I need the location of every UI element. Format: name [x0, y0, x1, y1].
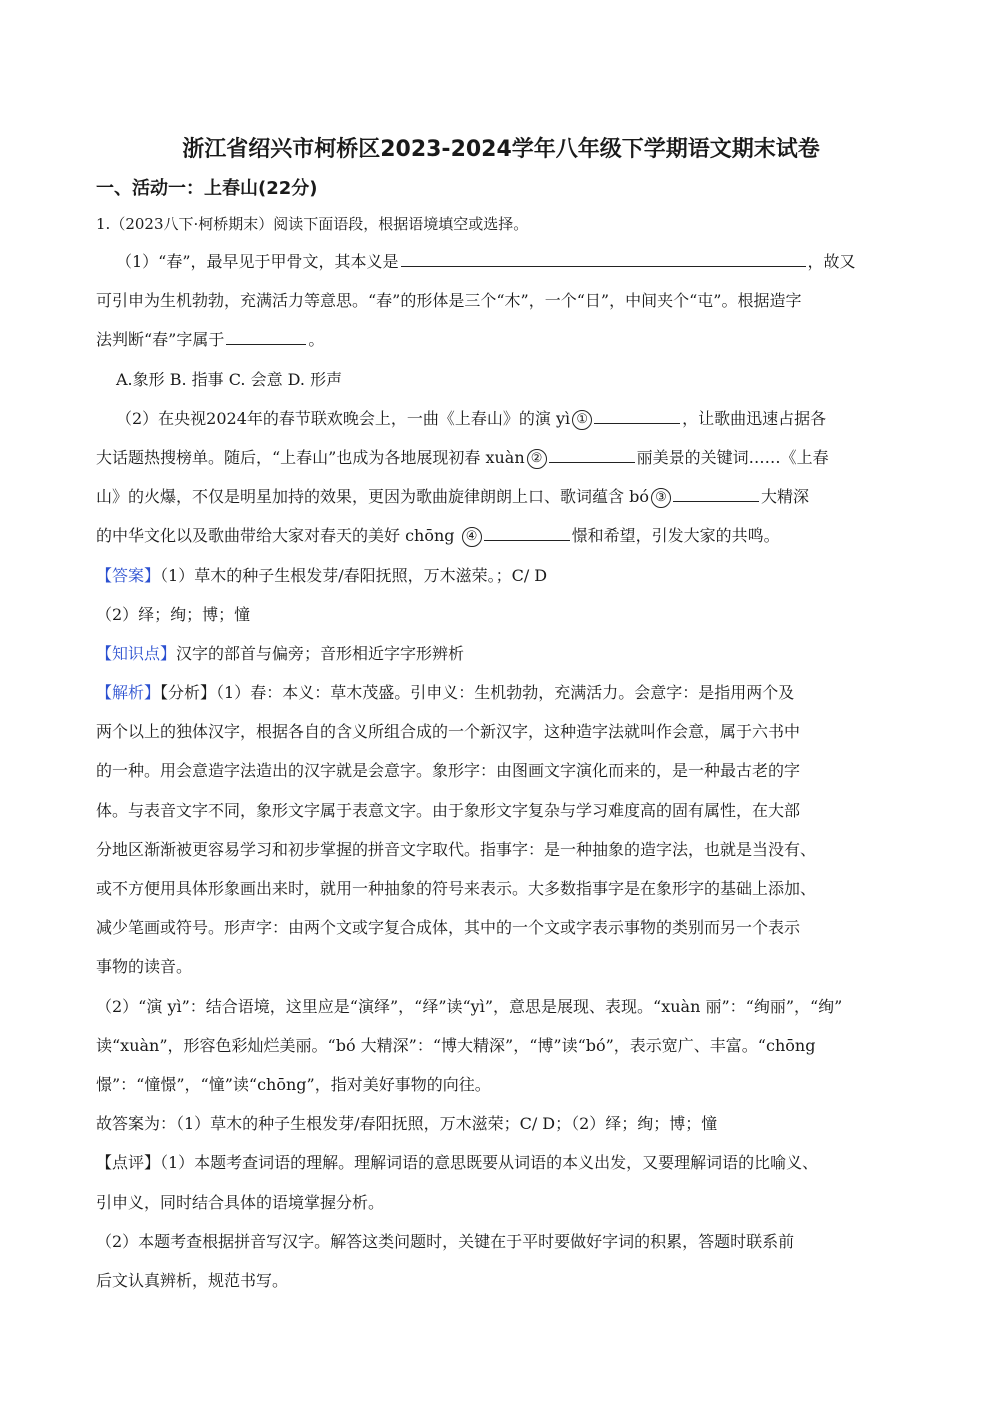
question-intro: 1.（2023八下·柯桥期末）阅读下面语段，根据语境填空或选择。	[96, 206, 906, 242]
part2-text: 大精深	[761, 487, 809, 506]
part2-line1: （2）在央视2024年的春节联欢晚会上，一曲《上春山》的演 yì①，让歌曲迅速占…	[96, 399, 906, 438]
part2-text: 憬和希望，引发大家的共鸣。	[572, 526, 780, 545]
knowledge-label: 【知识点】	[96, 644, 176, 663]
analysis-line: 的一种。用会意造字法造出的汉字就是会意字。象形字：由图画文字演化而来的，是一种最…	[96, 751, 906, 790]
analysis-line: 事物的读音。	[96, 947, 906, 986]
analysis-conclusion: 故答案为：（1）草木的种子生根发芽/春阳抚照，万木滋荣；C/ D；（2）绎；绚；…	[96, 1104, 906, 1143]
question-number: 1.	[96, 215, 110, 233]
part2-text: 的中华文化以及歌曲带给大家对春天的美好 chōng	[96, 526, 460, 545]
knowledge-line: 【知识点】汉字的部首与偏旁；音形相近字字形辨析	[96, 634, 906, 673]
comment-line: （2）本题考查根据拼音写汉字。解答这类问题时，关键在于平时要做好字词的积累，答题…	[96, 1222, 906, 1261]
circled-number-1: ①	[572, 410, 592, 430]
part2-line4: 的中华文化以及歌曲带给大家对春天的美好 chōng ④憬和希望，引发大家的共鸣。	[96, 516, 906, 555]
analysis-line: 减少笔画或符号。形声字：由两个文或字复合成体，其中的一个文或字表示事物的类别而另…	[96, 908, 906, 947]
analysis-line: 【解析】【分析】（1）春：本义：草木茂盛。引申义：生机勃勃，充满活力。会意字：是…	[96, 673, 906, 712]
part1-text: ，故又	[808, 252, 856, 271]
knowledge-text: 汉字的部首与偏旁；音形相近字字形辨析	[176, 644, 464, 663]
analysis-line: 憬”：“憧憬”，“憧”读“chōng”，指对美好事物的向往。	[96, 1065, 906, 1104]
analysis-line: 分地区渐渐被更容易学习和初步掌握的拼音文字取代。指事字：是一种抽象的造字法，也就…	[96, 830, 906, 869]
part2-text: 山》的火爆，不仅是明星加持的效果，更因为歌曲旋律朗朗上口、歌词蕴含 bó	[96, 487, 649, 506]
part2-line2: 大话题热搜榜单。随后，“上春山”也成为各地展现初春 xuàn②丽美景的关键词………	[96, 438, 906, 477]
part1-line3: 法判断“春”字属于。	[96, 320, 906, 359]
analysis-line: 两个以上的独体汉字，根据各自的含义所组合成的一个新汉字，这种造字法就叫作会意，属…	[96, 712, 906, 751]
analysis-line: （2）“演 yì”：结合语境，这里应是“演绎”，“绎”读“yì”，意思是展现、表…	[96, 987, 906, 1026]
answer-blank	[549, 461, 635, 463]
question-instruction: 阅读下面语段，根据语境填空或选择。	[273, 215, 528, 233]
answer-label: 【答案】	[96, 566, 160, 585]
analysis-text: 【分析】（1）春：本义：草木茂盛。引申义：生机勃勃，充满活力。会意字：是指用两个…	[160, 683, 794, 702]
comment-line: 后文认真辨析，规范书写。	[96, 1261, 906, 1300]
page-title: 浙江省绍兴市柯桥区2023-2024学年八年级下学期语文期末试卷	[96, 130, 906, 170]
part2-text: 大话题热搜榜单。随后，“上春山”也成为各地展现初春 xuàn	[96, 448, 525, 467]
question-source: （2023八下·柯桥期末）	[110, 215, 273, 233]
circled-number-4: ④	[462, 527, 482, 547]
answer-blank	[484, 539, 570, 541]
part1-line2: 可引申为生机勃勃，充满活力等意思。“春”的形体是三个“木”，一个“日”，中间夹个…	[96, 281, 906, 320]
analysis-line: 读“xuàn”，形容色彩灿烂美丽。“bó 大精深”：“博大精深”，“博”读“bó…	[96, 1026, 906, 1065]
section-heading: 一、活动一：上春山(22分)	[96, 172, 906, 206]
answer-blank	[594, 422, 680, 424]
part1-text: 法判断“春”字属于	[96, 330, 224, 349]
comment-line: 【点评】（1）本题考查词语的理解。理解词语的意思既要从词语的本义出发，又要理解词…	[96, 1143, 906, 1182]
analysis-label: 【解析】	[96, 683, 160, 702]
answer-blank	[401, 265, 806, 267]
comment-line: 引申义，同时结合具体的语境掌握分析。	[96, 1183, 906, 1222]
analysis-line: 体。与表音文字不同，象形文字属于表意文字。由于象形文字复杂与学习难度高的固有属性…	[96, 791, 906, 830]
part1-line1: （1）“春”，最早见于甲骨文，其本义是，故又	[96, 242, 906, 281]
circled-number-3: ③	[651, 488, 671, 508]
part1-text: 。	[308, 330, 324, 349]
answer-blank	[673, 500, 759, 502]
answer-text: （1）草木的种子生根发芽/春阳抚照，万木滋荣。；C/ D	[160, 566, 547, 585]
answer-blank	[226, 343, 306, 345]
exam-page: 浙江省绍兴市柯桥区2023-2024学年八年级下学期语文期末试卷 一、活动一：上…	[96, 130, 906, 1300]
part1-options: A.象形 B. 指事 C. 会意 D. 形声	[96, 360, 906, 399]
circled-number-2: ②	[527, 449, 547, 469]
answer-line1: 【答案】（1）草木的种子生根发芽/春阳抚照，万木滋荣。；C/ D	[96, 556, 906, 595]
part1-text: （1）“春”，最早见于甲骨文，其本义是	[116, 252, 399, 271]
part2-text: ，让歌曲迅速占据各	[682, 409, 826, 428]
answer-line2: （2）绎；绚；博；憧	[96, 595, 906, 634]
part2-text: 丽美景的关键词……《上春	[637, 448, 829, 467]
part2-line3: 山》的火爆，不仅是明星加持的效果，更因为歌曲旋律朗朗上口、歌词蕴含 bó③大精深	[96, 477, 906, 516]
analysis-line: 或不方便用具体形象画出来时，就用一种抽象的符号来表示。大多数指事字是在象形字的基…	[96, 869, 906, 908]
part2-text: （2）在央视2024年的春节联欢晚会上，一曲《上春山》的演 yì	[116, 409, 570, 428]
